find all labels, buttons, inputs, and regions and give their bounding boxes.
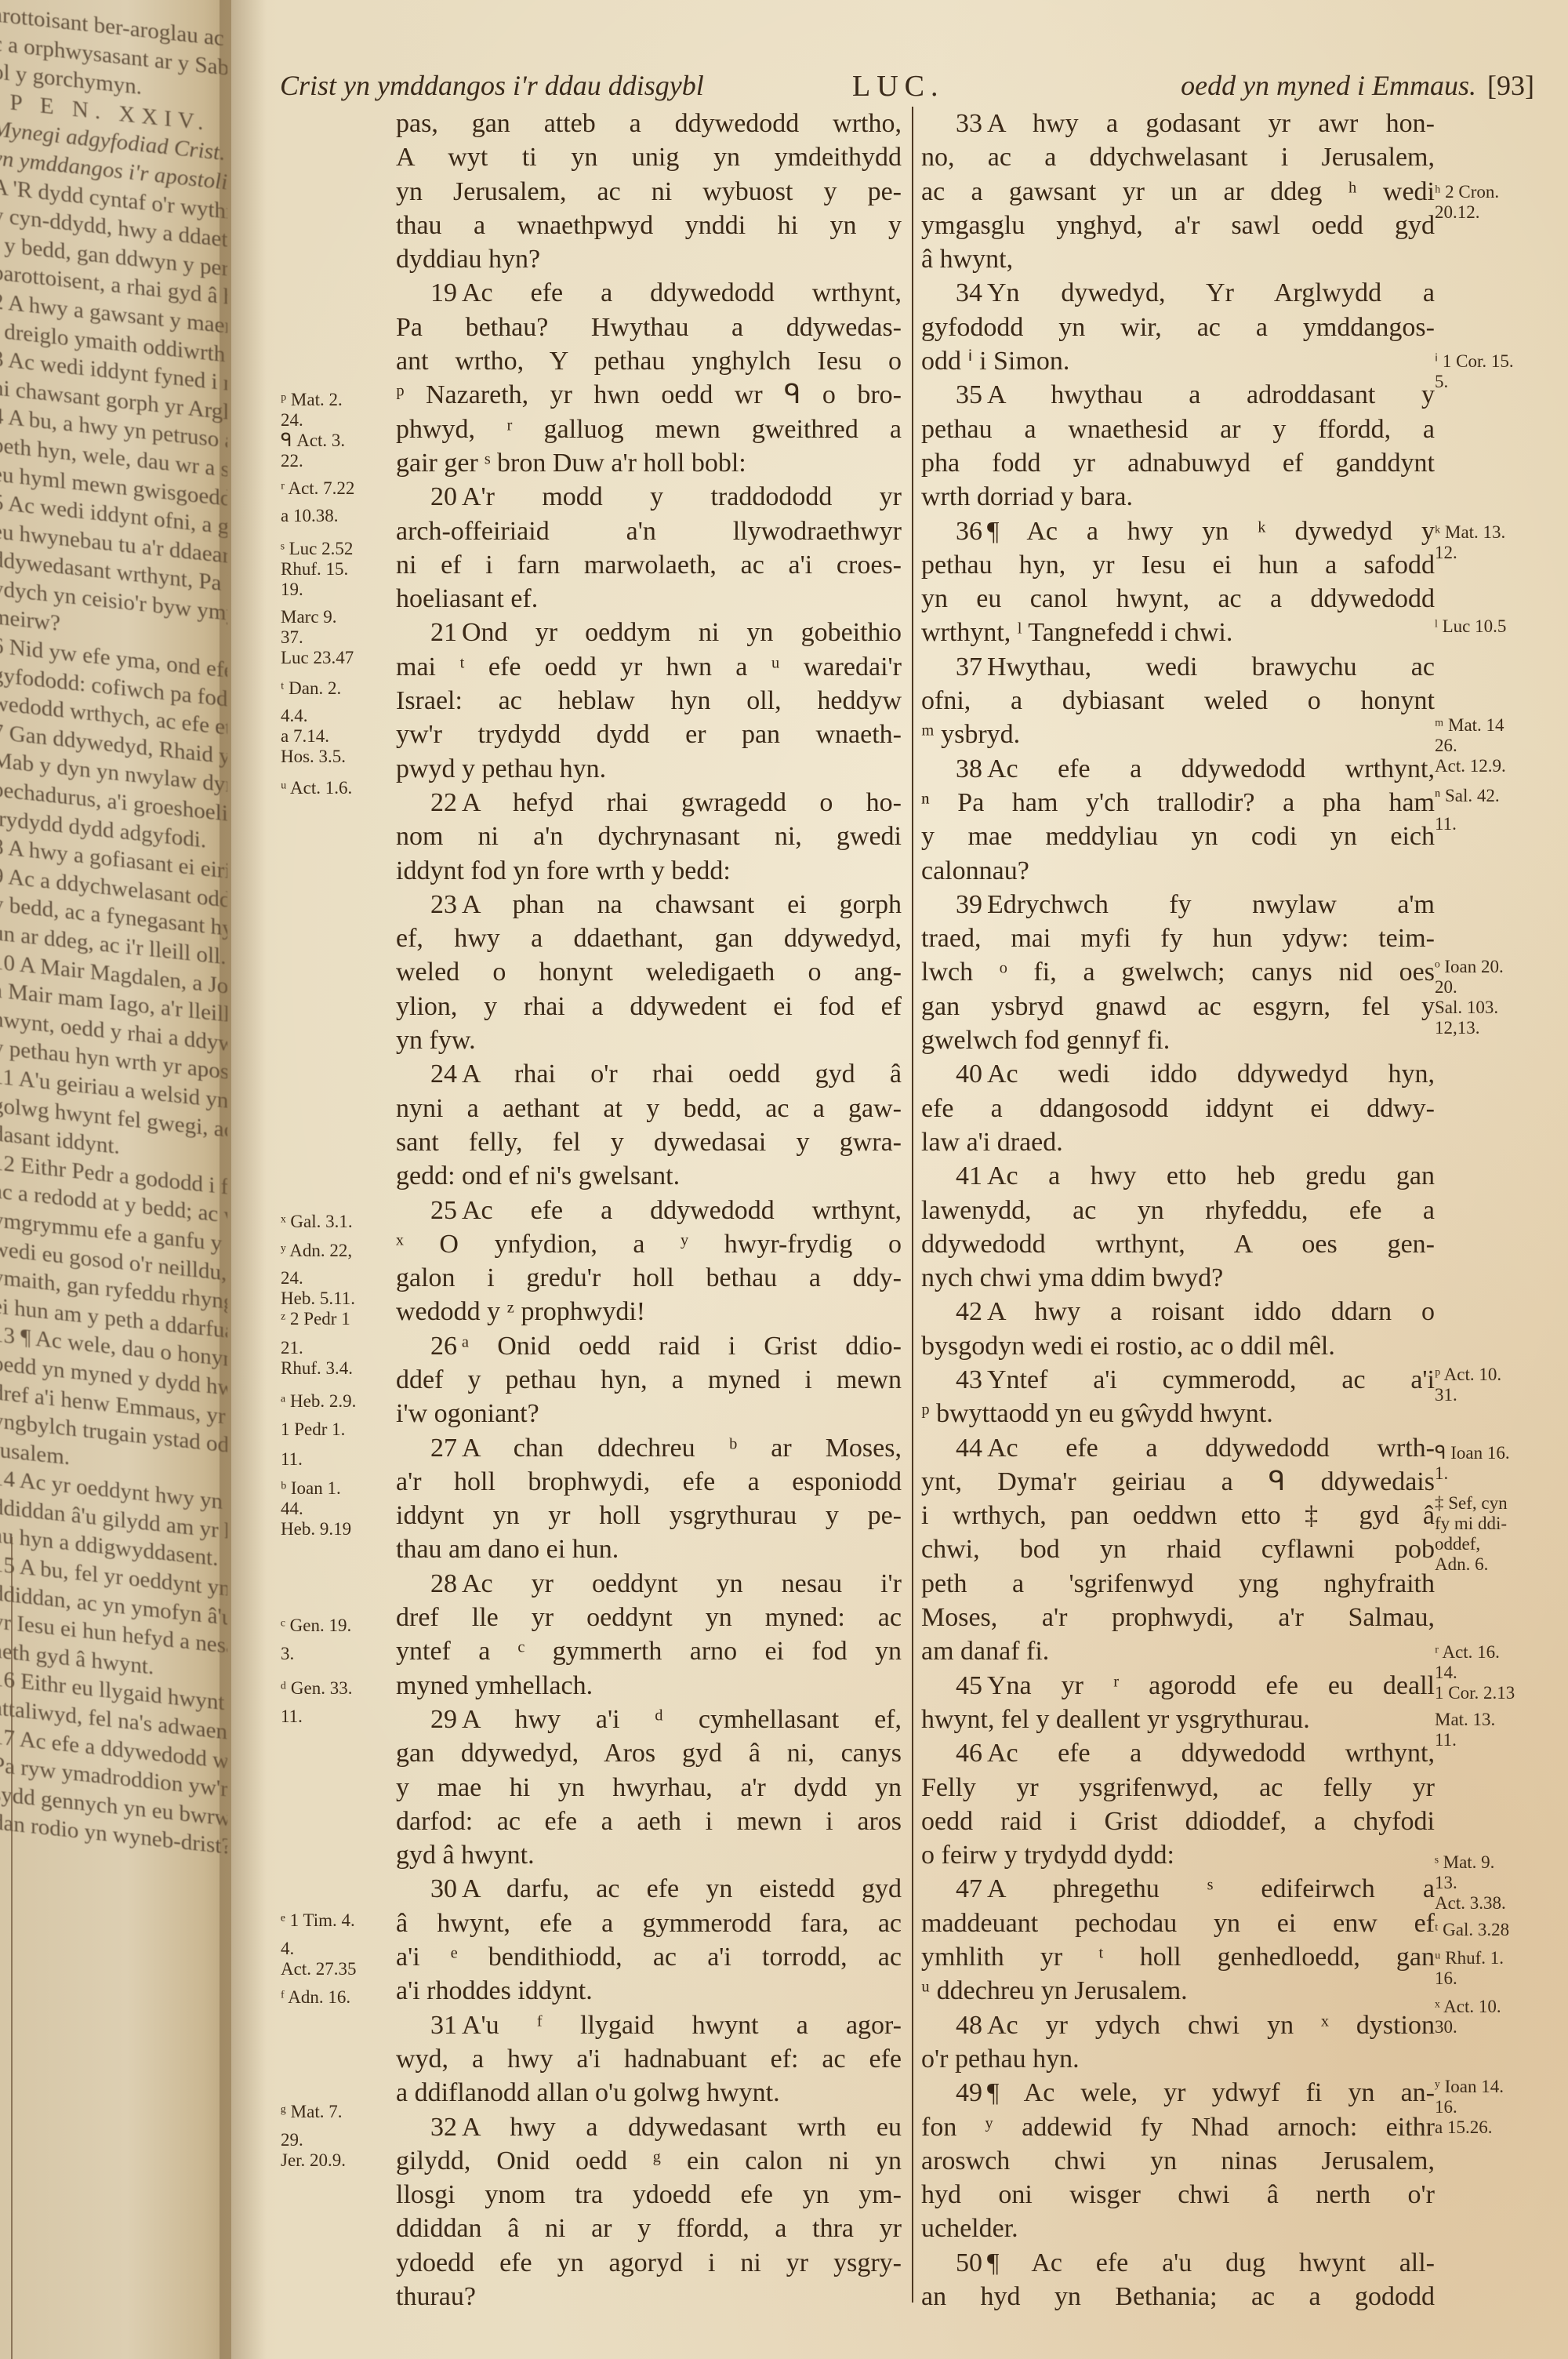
verse-start-line: 37Hwythau, wedi brawychu ac [921,650,1435,684]
line-text: Ac wedi iddo ddywedyd hyn, [987,1060,1435,1089]
cross-reference-note: ᑫ Ioan 16. [1435,1443,1510,1463]
cross-reference-note: ᵉ 1 Tim. 4. [281,1910,355,1931]
cross-reference-note: Heb. 9.19 [281,1519,351,1539]
verse-start-line: 35A hwythau a adroddasant y [921,378,1435,412]
line-text: thau am dano ei hun. [396,1535,619,1564]
text-line: thau a wnaethpwyd ynddi hi yn y [396,209,902,242]
cross-reference-note: ʳ Act. 16. [1435,1642,1500,1663]
text-line: ynt, Dyma'r geiriau a ᑫ ddywedais [921,1465,1435,1499]
cross-reference-note: 44. [281,1499,303,1519]
line-text: i wrthych, pan oeddwn etto ‡ gyd â [921,1501,1435,1530]
verse-number: 49 [956,2078,982,2107]
text-line: oedd raid i Grist ddioddef, a chyfodi [921,1805,1435,1838]
text-line: hyd oni wisger chwi â nerth o'r [921,2178,1435,2212]
text-line: lwch ᵒ fi, a gwelwch; canys nid oes [921,955,1435,989]
text-line: ac a gawsant yr un ar ddeg ʰ wedi [921,175,1435,209]
cross-reference-note: ᵏ Mat. 13. [1435,522,1505,543]
cross-reference-note: 24. [281,410,303,431]
text-line: wyd, a hwy a'i hadnabuant ef: ac efe [396,2042,902,2076]
line-text: gair ger ˢ bron Duw a'r holl bobl: [396,449,746,478]
line-text: A'r modd y traddododd yr [462,482,902,511]
text-line: iddynt yn yr holl ysgrythurau y pe- [396,1499,902,1532]
line-text: peth a 'sgrifenwyd yng nghyfraith [921,1569,1435,1598]
text-line: ef, hwy a ddaethant, gan ddywedyd, [396,921,902,955]
text-line: am danaf fi. [921,1634,1435,1668]
line-text: mai ᵗ efe oedd yr hwn a ᵘ waredai'r [396,652,902,682]
cross-reference-note: ᵗ Gal. 3.28 [1435,1920,1509,1940]
text-line: i'w ogoniant? [396,1397,902,1430]
line-text: o'r pethau hyn. [921,2045,1080,2074]
verse-start-line: 49¶ Ac wele, yr ydwyf fi yn an- [921,2076,1435,2110]
line-text: efe a ddangosodd iddynt ei ddwy- [921,1094,1435,1123]
verse-start-line: 33A hwy a godasant yr awr hon- [921,107,1435,140]
verse-start-line: 41Ac a hwy etto heb gredu gan [921,1159,1435,1193]
line-text: y mae meddyliau yn codi yn eich [921,822,1435,851]
line-text: A hwy a'i ᵈ cymhellasant ef, [462,1705,902,1734]
text-line: yw'r trydydd dydd er pan wnaeth- [396,718,902,751]
text-line: ᵘ ddechreu yn Jerusalem. [921,1974,1435,2008]
line-text: ddiddan â ni ar y ffordd, a thra yr [396,2214,902,2243]
text-line: weled o honynt weledigaeth o ang- [396,955,902,989]
cross-reference-note: ˣ Gal. 3.1. [281,1212,353,1232]
text-line: wedodd y ᶻ prophwydi! [396,1295,902,1329]
text-line: pwyd y pethau hyn. [396,752,902,786]
cross-reference-note: 11. [281,1707,303,1727]
verse-start-line: 40Ac wedi iddo ddywedyd hyn, [921,1057,1435,1091]
line-text: wyd, a hwy a'i hadnabuant ef: ac efe [396,2045,902,2074]
header-right-text: oedd yn myned i Emmaus. [1181,70,1476,101]
line-text: ddef y pethau hyn, a myned i mewn [396,1365,902,1394]
line-text: pethau hyn, yr Iesu ei hun a safodd [921,551,1435,580]
cross-reference-note: Mat. 13. [1435,1710,1495,1730]
verse-number: 45 [956,1671,982,1700]
cross-reference-note: 11. [1435,1730,1457,1750]
line-text: Ac efe a ddywedodd wrthynt, [462,1196,902,1225]
text-line: dref lle yr oeddynt yn myned: ac [396,1601,902,1634]
line-text: aroswch chwi yn ninas Jerusalem, [921,2146,1435,2175]
cross-reference-note: ᵒ Ioan 20. [1435,957,1504,977]
verse-start-line: 27A chan ddechreu ᵇ ar Moses, [396,1431,902,1465]
line-text: ¶ Ac efe a'u dug hwynt all- [987,2248,1435,2277]
line-text: odd ⁱ i Simon. [921,347,1069,376]
cross-reference-note: 30. [1435,2017,1457,2037]
cross-reference-note: ᵈ Gen. 33. [281,1678,352,1699]
verse-number: 24 [430,1060,457,1089]
line-text: ᵃ Onid oedd raid i Grist ddio- [462,1332,902,1361]
cross-reference-note: ᵍ Mat. 7. [281,2102,342,2122]
column-divider-rule [912,107,913,2303]
text-line: yn fyw. [396,1023,902,1057]
text-line: myned ymhellach. [396,1669,902,1703]
verse-number: 39 [956,890,982,919]
line-text: Ac efe a ddywedodd wrthynt, [987,1739,1435,1768]
cross-reference-note: ʰ 2 Cron. [1435,182,1499,202]
cross-reference-note: Hos. 3.5. [281,747,346,767]
text-line: ᵐ ysbryd. [921,718,1435,751]
text-line: nyni a aethant at y bedd, ac a gaw- [396,1092,902,1125]
line-text: pwyd y pethau hyn. [396,754,606,783]
verse-number: 42 [956,1297,982,1326]
line-text: a'i rhoddes iddynt. [396,1976,593,2005]
line-text: hwynt, fel y deallent yr ysgrythurau. [921,1705,1310,1734]
line-text: Israel: ac heblaw hyn oll, heddyw [396,686,902,715]
verse-start-line: 48Ac yr ydych chwi yn ˣ dystion [921,2008,1435,2042]
text-line: yntef a ᶜ gymmerth arno ei fod yn [396,1634,902,1668]
cross-reference-note: Act. 3.38. [1435,1893,1506,1914]
line-text: yntef a ᶜ gymmerth arno ei fod yn [396,1637,902,1666]
cross-reference-note: ʸ Ioan 14. [1435,2077,1504,2097]
line-text: yn fyw. [396,1026,476,1055]
right-text-column: 33A hwy a godasant yr awr hon-no, ac a d… [921,107,1435,2314]
cross-reference-note: 5. [1435,372,1448,392]
left-text-column: pas, gan atteb a ddywedodd wrtho,A wyt t… [396,107,902,2314]
line-text: â hwynt, efe a gymmerodd fara, ac [396,1909,902,1938]
cross-reference-note: a 7.14. [281,726,329,747]
text-line: llosgi ynom tra ydoedd efe yn ym- [396,2178,902,2212]
line-text: Yn dywedyd, Yr Arglwydd a [987,278,1435,307]
running-header: Crist yn ymddangos i'r ddau ddisgybl LUC… [280,69,1534,107]
verse-start-line: 25Ac efe a ddywedodd wrthynt, [396,1194,902,1227]
line-text: yn Jerusalem, ac ni wybuost y pe- [396,177,902,206]
line-text: gyd â hwynt. [396,1841,535,1870]
verse-number: 37 [956,652,982,682]
line-text: an hyd yn Bethania; ac a gododd [921,2282,1435,2311]
verse-number: 46 [956,1739,982,1768]
line-text: Ac efe a ddywedodd wrth- [987,1434,1435,1463]
cross-reference-note: 24. [281,1268,303,1289]
text-line: pethau hyn, yr Iesu ei hun a safodd [921,548,1435,582]
line-text: ¶ Ac wele, yr ydwyf fi yn an- [987,2078,1435,2107]
verse-start-line: 19Ac efe a ddywedodd wrthynt, [396,276,902,310]
text-line: wrth dorriad y bara. [921,480,1435,514]
verse-start-line: 42A hwy a roisant iddo ddarn o [921,1295,1435,1329]
cross-reference-note: 16. [1435,2097,1457,2117]
cross-reference-note: ʸ Adn. 22, [281,1241,352,1261]
cross-reference-note: ᵃ Heb. 2.9. [281,1391,356,1412]
page-number: [93] [1487,70,1534,101]
text-line: a'r holl brophwydi, efe a esponiodd [396,1465,902,1499]
line-text: fon ʸ addewid fy Nhad arnoch: eithr [921,2113,1435,2142]
text-line: i wrthych, pan oeddwn etto ‡ gyd â [921,1499,1435,1532]
text-line: gwelwch fod gennyf fi. [921,1023,1435,1057]
verse-number: 32 [430,2113,457,2142]
line-text: Ac yr ydych chwi yn ˣ dystion [987,2011,1435,2040]
cross-reference-note: ‡ Sef, cyn [1435,1493,1508,1514]
cross-reference-note: Marc 9. [281,607,337,627]
line-text: nych chwi yma ddim bwyd? [921,1263,1223,1292]
verse-start-line: 26ᵃ Onid oedd raid i Grist ddio- [396,1329,902,1363]
text-line: y mae meddyliau yn codi yn eich [921,820,1435,853]
line-text: arch-offeiriaid a'n llywodraethwyr [396,517,902,546]
text-line: ᵖ bwyttaodd yn eu gŵydd hwynt. [921,1397,1435,1430]
line-text: ¶ Ac a hwy yn ᵏ dywedyd y [987,517,1435,546]
line-text: iddynt fod yn fore wrth y bedd: [396,856,731,885]
cross-reference-note: 12,13. [1435,1018,1480,1038]
text-line: maddeuant pechodau yn ei enw ef [921,1906,1435,1940]
text-line: an hyd yn Bethania; ac a gododd [921,2280,1435,2314]
line-text: Ac a hwy etto heb gredu gan [987,1161,1435,1190]
text-line: o feirw y trydydd dydd: [921,1838,1435,1872]
cross-reference-note: 12. [1435,543,1457,563]
line-text: gyfododd yn wir, ac a ymddangos- [921,313,1435,342]
text-line: Felly yr ysgrifenwyd, ac felly yr [921,1771,1435,1805]
line-text: law a'i draed. [921,1128,1063,1157]
text-line: ni ef i farn marwolaeth, ac a'i croes- [396,548,902,582]
line-text: â hwynt, [921,245,1013,274]
text-line: y mae hi yn hwyrhau, a'r dydd yn [396,1771,902,1805]
verse-number: 38 [956,754,982,783]
cross-reference-note: 3. [281,1644,294,1664]
text-line: hwynt, fel y deallent yr ysgrythurau. [921,1703,1435,1736]
text-line: dyddiau hyn? [396,242,902,276]
line-text: galon i gredu'r holl bethau a ddy- [396,1263,902,1292]
text-line: ⁿ Pa ham y'ch trallodir? a pha ham [921,786,1435,820]
text-line: wrthynt, ˡ Tangnefedd i chwi. [921,616,1435,649]
line-text: pha fodd yr adnabuwyd ef ganddynt [921,449,1435,478]
line-text: Yna yr ʳ agorodd efe eu deall [987,1671,1435,1700]
text-line: â hwynt, efe a gymmerodd fara, ac [396,1906,902,1940]
cross-reference-note: Act. 27.35 [281,1959,356,1979]
cross-reference-note: ᵖ Act. 10. [1435,1365,1501,1385]
text-line: ddef y pethau hyn, a myned i mewn [396,1363,902,1397]
line-text: wrthynt, ˡ Tangnefedd i chwi. [921,618,1232,647]
text-line: gedd: ond ef ni's gwelsant. [396,1159,902,1193]
cross-reference-note: 19. [281,580,303,600]
line-text: llosgi ynom tra ydoedd efe yn ym- [396,2180,902,2209]
text-line: ymhlith yr ᵗ holl genhedloedd, gan [921,1940,1435,1974]
cross-reference-note: a 15.26. [1435,2117,1492,2138]
cross-reference-note: a 10.38. [281,506,338,526]
text-line: mai ᵗ efe oedd yr hwn a ᵘ waredai'r [396,650,902,684]
text-line: nych chwi yma ddim bwyd? [921,1261,1435,1295]
cross-reference-note: 1 Cor. 2.13 [1435,1683,1515,1703]
cross-reference-note: ᵗ Dan. 2. [281,678,341,699]
cross-reference-note: 11. [281,1449,303,1470]
cross-reference-note: ˢ Mat. 9. [1435,1852,1494,1873]
verse-number: 41 [956,1161,982,1190]
cross-reference-note: ⁱ 1 Cor. 15. [1435,351,1514,372]
verse-start-line: 32A hwy a ddywedasant wrth eu [396,2110,902,2144]
line-text: Pa bethau? Hwythau a ddywedas- [396,313,902,342]
line-text: thurau? [396,2282,476,2311]
text-line: o'r pethau hyn. [921,2042,1435,2076]
cross-reference-note: Rhuf. 15. [281,559,348,580]
verse-start-line: 21Ond yr oeddym ni yn gobeithio [396,616,902,649]
text-line: hoeliasant ef. [396,582,902,616]
line-text: A hwy a ddywedasant wrth eu [462,2113,902,2142]
text-line: yn eu canol hwynt, ac a ddywedodd [921,582,1435,616]
verse-number: 47 [956,1874,982,1903]
text-line: gyfododd yn wir, ac a ymddangos- [921,311,1435,344]
cross-reference-note: Jer. 20.9. [281,2150,346,2171]
line-text: maddeuant pechodau yn ei enw ef [921,1909,1435,1938]
line-text: pas, gan atteb a ddywedodd wrtho, [396,109,902,138]
text-line: gan ddywedyd, Aros gyd â ni, canys [396,1736,902,1770]
cross-reference-note: ᶻ 2 Pedr 1 [281,1309,350,1329]
cross-reference-note: 26. [1435,736,1457,756]
text-line: gan ysbryd gnawd ac esgyrn, fel y [921,990,1435,1023]
text-line: peth a 'sgrifenwyd yng nghyfraith [921,1567,1435,1601]
verse-number: 23 [430,890,457,919]
line-text: bysgodyn wedi ei rostio, ac o ddil mêl. [921,1332,1335,1361]
line-text: Yntef a'i cymmerodd, ac a'i [987,1365,1435,1394]
cross-reference-note: ᑫ Act. 3. [281,431,345,451]
line-text: A phan na chawsant ei gorph [462,890,902,919]
cross-reference-note: 13. [1435,1873,1457,1893]
text-line: pas, gan atteb a ddywedodd wrtho, [396,107,902,140]
line-text: no, ac a ddychwelasant i Jerusalem, [921,143,1435,172]
facing-page-strip: arottoisant ber-aroglau ac ennaintc a or… [0,0,231,2359]
text-line: aroswch chwi yn ninas Jerusalem, [921,2144,1435,2178]
line-text: ᵖ bwyttaodd yn eu gŵydd hwynt. [921,1399,1273,1428]
line-text: ᵖ Nazareth, yr hwn oedd wr ᑫ o bro- [396,380,902,409]
cross-reference-note: 37. [281,627,303,648]
cross-reference-note: 31. [1435,1385,1457,1405]
line-text: ymgasglu ynghyd, a'r sawl oedd gyd [921,211,1435,240]
verse-number: 27 [430,1434,457,1463]
cross-reference-note: 14. [1435,1663,1457,1683]
line-text: ef, hwy a ddaethant, gan ddywedyd, [396,924,902,953]
cross-reference-note: 20.12. [1435,202,1480,223]
text-line: ylion, y rhai a ddywedent ei fod ef [396,990,902,1023]
text-line: pethau a wnaethesid ar y ffordd, a [921,413,1435,446]
line-text: A chan ddechreu ᵇ ar Moses, [462,1434,902,1463]
line-text: A darfu, ac efe yn eistedd gyd [462,1874,902,1903]
text-line: pha fodd yr adnabuwyd ef ganddynt [921,446,1435,480]
cross-reference-note: ᶠ Adn. 16. [281,1987,350,2008]
line-text: Ac efe a ddywedodd wrthynt, [462,278,902,307]
line-text: gedd: ond ef ni's gwelsant. [396,1161,680,1190]
text-line: arch-offeiriaid a'n llywodraethwyr [396,514,902,548]
text-line: ˣ O ynfydion, a ʸ hwyr-frydig o [396,1227,902,1261]
verse-start-line: 44Ac efe a ddywedodd wrth- [921,1431,1435,1465]
line-text: i'w ogoniant? [396,1399,539,1428]
line-text: darfod: ac efe a aeth i mewn i aros [396,1807,902,1836]
text-line: A wyt ti yn unig yn ymdeithydd [396,140,902,174]
text-line: thau am dano ei hun. [396,1532,902,1566]
verse-start-line: 47A phregethu ˢ edifeirwch a [921,1872,1435,1906]
text-line: calonnau? [921,854,1435,888]
cross-reference-note: 1. [1435,1463,1448,1484]
text-line: Pa bethau? Hwythau a ddywedas- [396,311,902,344]
cross-reference-note: ᵘ Act. 1.6. [281,778,352,798]
line-text: A hwythau a adroddasant y [987,380,1435,409]
verse-number: 26 [430,1332,457,1361]
line-text: nom ni a'n dychrynasant ni, gwedi [396,822,902,851]
line-text: sant felly, fel y dywedasai y gwra- [396,1128,902,1157]
cross-reference-note: 21. [281,1338,303,1358]
text-line: galon i gredu'r holl bethau a ddy- [396,1261,902,1295]
cross-reference-note: ᶜ Gen. 19. [281,1616,351,1636]
cross-reference-note: fy mi ddi- [1435,1514,1507,1534]
verse-number: 29 [430,1705,457,1734]
cross-reference-note: Sal. 103. [1435,998,1498,1018]
text-line: iddynt fod yn fore wrth y bedd: [396,854,902,888]
verse-number: 34 [956,278,982,307]
cross-reference-note: Adn. 6. [1435,1554,1488,1575]
facing-column-rule [11,1537,13,2359]
gutter-shadow [220,0,267,2359]
verse-number: 35 [956,380,982,409]
verse-number: 40 [956,1060,982,1089]
text-line: ymgasglu ynghyd, a'r sawl oedd gyd [921,209,1435,242]
line-text: gwelwch fod gennyf fi. [921,1026,1170,1055]
verse-start-line: 36¶ Ac a hwy yn ᵏ dywedyd y [921,514,1435,548]
line-text: hoeliasant ef. [396,584,538,613]
line-text: oedd raid i Grist ddioddef, a chyfodi [921,1807,1435,1836]
text-line: ᵖ Nazareth, yr hwn oedd wr ᑫ o bro- [396,378,902,412]
verse-number: 22 [430,788,457,817]
verse-number: 50 [956,2248,982,2277]
verse-start-line: 20A'r modd y traddododd yr [396,480,902,514]
line-text: ydoedd efe yn agoryd i ni yr ysgry- [396,2248,902,2277]
verse-start-line: 50¶ Ac efe a'u dug hwynt all- [921,2246,1435,2280]
line-text: gan ysbryd gnawd ac esgyrn, fel y [921,992,1435,1021]
cross-reference-note: ʳ Act. 7.22 [281,478,354,499]
header-right-title: oedd yn myned i Emmaus.[93] [1181,69,1534,102]
line-text: A hwy a godasant yr awr hon- [987,109,1435,138]
line-text: ac a gawsant yr un ar ddeg ʰ wedi [921,177,1435,206]
line-text: pethau a wnaethesid ar y ffordd, a [921,415,1435,444]
line-text: lwch ᵒ fi, a gwelwch; canys nid oes [921,958,1435,987]
verse-start-line: 23A phan na chawsant ei gorph [396,888,902,921]
verse-start-line: 29A hwy a'i ᵈ cymhellasant ef, [396,1703,902,1736]
cross-reference-note: Heb. 5.11. [281,1289,355,1309]
text-line: ddiddan â ni ar y ffordd, a thra yr [396,2212,902,2245]
line-text: a'r holl brophwydi, efe a esponiodd [396,1467,902,1496]
cross-reference-note: 20. [1435,977,1457,998]
cross-reference-note: Act. 12.9. [1435,756,1506,776]
line-text: Hwythau, wedi brawychu ac [987,652,1435,682]
line-text: iddynt yn yr holl ysgrythurau y pe- [396,1501,902,1530]
verse-start-line: 43Yntef a'i cymmerodd, ac a'i [921,1363,1435,1397]
line-text: myned ymhellach. [396,1671,593,1700]
cross-reference-note: 4.4. [281,706,308,726]
line-text: Ac efe a ddywedodd wrthynt, [987,754,1435,783]
text-line: a ddiflanodd allan o'u golwg hwynt. [396,2076,902,2110]
line-text: wedodd y ᶻ prophwydi! [396,1297,645,1326]
line-text: A phregethu ˢ edifeirwch a [987,1874,1435,1903]
verse-start-line: 39Edrychwch fy nwylaw a'm [921,888,1435,921]
verse-number: 20 [430,482,457,511]
cross-reference-note: 29. [281,2130,303,2150]
line-text: Ond yr oeddym ni yn gobeithio [462,618,902,647]
line-text: ni ef i farn marwolaeth, ac a'i croes- [396,551,902,580]
line-text: hyd oni wisger chwi â nerth o'r [921,2180,1435,2209]
line-text: yn eu canol hwynt, ac a ddywedodd [921,584,1435,613]
cross-reference-note: 22. [281,451,303,471]
cross-reference-note: ˢ Luc 2.52 [281,539,353,559]
cross-reference-note: ˣ Act. 10. [1435,1997,1501,2017]
line-text: ymhlith yr ᵗ holl genhedloedd, gan [921,1943,1435,1972]
line-text: ynt, Dyma'r geiriau a ᑫ ddywedais [921,1467,1435,1496]
line-text: a'i ᵉ bendithiodd, ac a'i torrodd, ac [396,1943,902,1972]
line-text: ddywedodd wrthynt, A oes gen- [921,1230,1435,1259]
line-text: nyni a aethant at y bedd, ac a gaw- [396,1094,902,1123]
line-text: phwyd, ʳ galluog mewn gweithred a [396,415,902,444]
line-text: ˣ O ynfydion, a ʸ hwyr-frydig o [396,1230,902,1259]
cross-reference-note: ᵐ Mat. 14 [1435,715,1504,736]
line-text: A'u ᶠ llygaid hwynt a agor- [462,2011,902,2040]
verse-number: 19 [430,278,457,307]
cross-reference-note: oddef, [1435,1534,1480,1554]
line-text: am danaf fi. [921,1637,1049,1666]
text-line: yn Jerusalem, ac ni wybuost y pe- [396,175,902,209]
line-text: weled o honynt weledigaeth o ang- [396,958,902,987]
text-line: fon ʸ addewid fy Nhad arnoch: eithr [921,2110,1435,2144]
verse-number: 43 [956,1365,982,1394]
facing-page-text: arottoisant ber-aroglau ac ennaintc a or… [0,0,227,1862]
